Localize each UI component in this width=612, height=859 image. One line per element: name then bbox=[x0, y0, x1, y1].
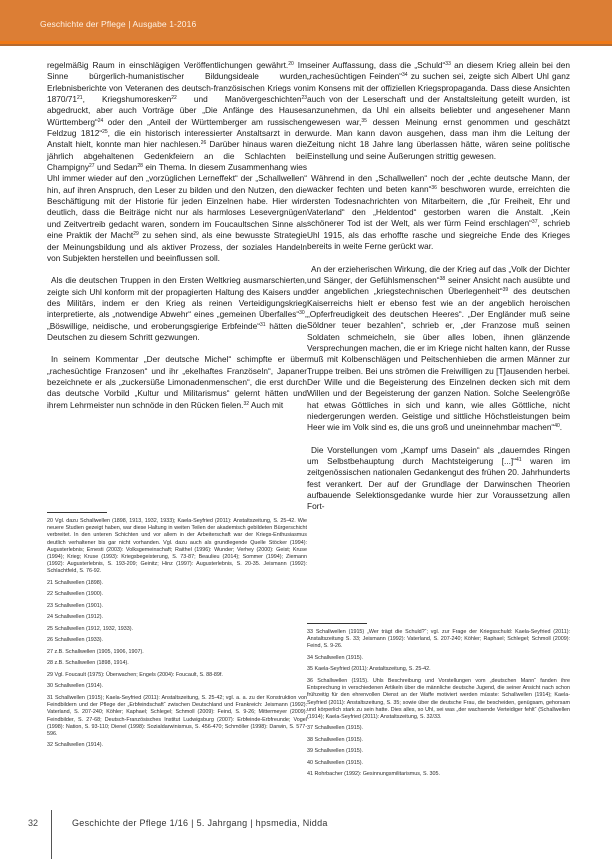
footnote: 27 z.B. Schallwellen (1905, 1906, 1907). bbox=[47, 649, 307, 656]
footnote: 37 Schallwellen (1915). bbox=[307, 725, 570, 732]
body-paragraph: Als die deutschen Truppen in den Ersten … bbox=[47, 275, 307, 343]
running-header-title: Geschichte der Pflege | Ausgabe 1-2016 bbox=[40, 19, 196, 29]
body-paragraph: Während in den „Schallwellen“ noch der „… bbox=[307, 173, 570, 252]
body-paragraph: Die Vorstellungen vom „Kampf ums Dasein“… bbox=[307, 445, 570, 513]
footnote: 40 Schallwellen (1915). bbox=[307, 760, 570, 767]
footer-divider bbox=[51, 810, 52, 859]
footnote: 41 Rohrbacher (1992): Gesinnungsmilitari… bbox=[307, 771, 570, 778]
footnote: 20 Vgl. dazu Schallwellen (1898, 1913, 1… bbox=[47, 518, 307, 576]
footnote: 25 Schallwellen (1912, 1932, 1933). bbox=[47, 626, 307, 633]
footnote: 30 Schallwellen (1914). bbox=[47, 683, 307, 690]
body-paragraph: regelmäßig Raum in einschlägigen Veröffe… bbox=[47, 60, 307, 264]
footnote: 34 Schallwellen (1915). bbox=[307, 655, 570, 662]
footnote: 26 Schallwellen (1933). bbox=[47, 637, 307, 644]
footnote-separator bbox=[47, 512, 107, 513]
footnotes-right: 33 Schallwellen (1915) „Wer trägt die Sc… bbox=[307, 623, 570, 783]
footnote: 38 Schallwellen (1915). bbox=[307, 737, 570, 744]
footnotes-left: 20 Vgl. dazu Schallwellen (1898, 1913, 1… bbox=[47, 512, 307, 754]
footer-publication-info: Geschichte der Pflege 1/16 | 5. Jahrgang… bbox=[72, 818, 328, 828]
footnote: 32 Schallwellen (1914). bbox=[47, 742, 307, 749]
footnote: 36 Schallwellen (1915). Uhls Beschreibun… bbox=[307, 678, 570, 721]
footnote: 29 Vgl. Foucault (1975): Überwachen; Eng… bbox=[47, 672, 307, 679]
left-text-column: regelmäßig Raum in einschlägigen Veröffe… bbox=[47, 60, 307, 422]
footnote: 22 Schallwellen (1900). bbox=[47, 591, 307, 598]
footnote: 23 Schallwellen (1901). bbox=[47, 603, 307, 610]
footnote: 33 Schallwellen (1915) „Wer trägt die Sc… bbox=[307, 629, 570, 651]
body-paragraph: In seinem Kommentar „Der deutsche Michel… bbox=[47, 354, 307, 411]
footnote: 28 z.B. Schallwellen (1898, 1914). bbox=[47, 660, 307, 667]
footnote: 21 Schallwellen (1898). bbox=[47, 580, 307, 587]
footnote: 39 Schallwellen (1915). bbox=[307, 748, 570, 755]
page-footer: 32 Geschichte der Pflege 1/16 | 5. Jahrg… bbox=[0, 810, 612, 859]
footnote: 35 Kaela-Seyfried (2011): Anstaltszeitun… bbox=[307, 666, 570, 673]
right-text-column: seiner Auffassung, dass die „Schuld“33 a… bbox=[307, 60, 570, 524]
body-paragraph: An der erzieherischen Wirkung, die der K… bbox=[307, 264, 570, 434]
footnote: 31 Schallwellen (1915); Kaela-Seyfried (… bbox=[47, 695, 307, 738]
footnote-separator bbox=[307, 623, 367, 624]
footnote: 24 Schallwellen (1912). bbox=[47, 614, 307, 621]
header-bar: Geschichte der Pflege | Ausgabe 1-2016 bbox=[0, 0, 612, 44]
page-number: 32 bbox=[28, 818, 38, 828]
body-paragraph: seiner Auffassung, dass die „Schuld“33 a… bbox=[307, 60, 570, 162]
